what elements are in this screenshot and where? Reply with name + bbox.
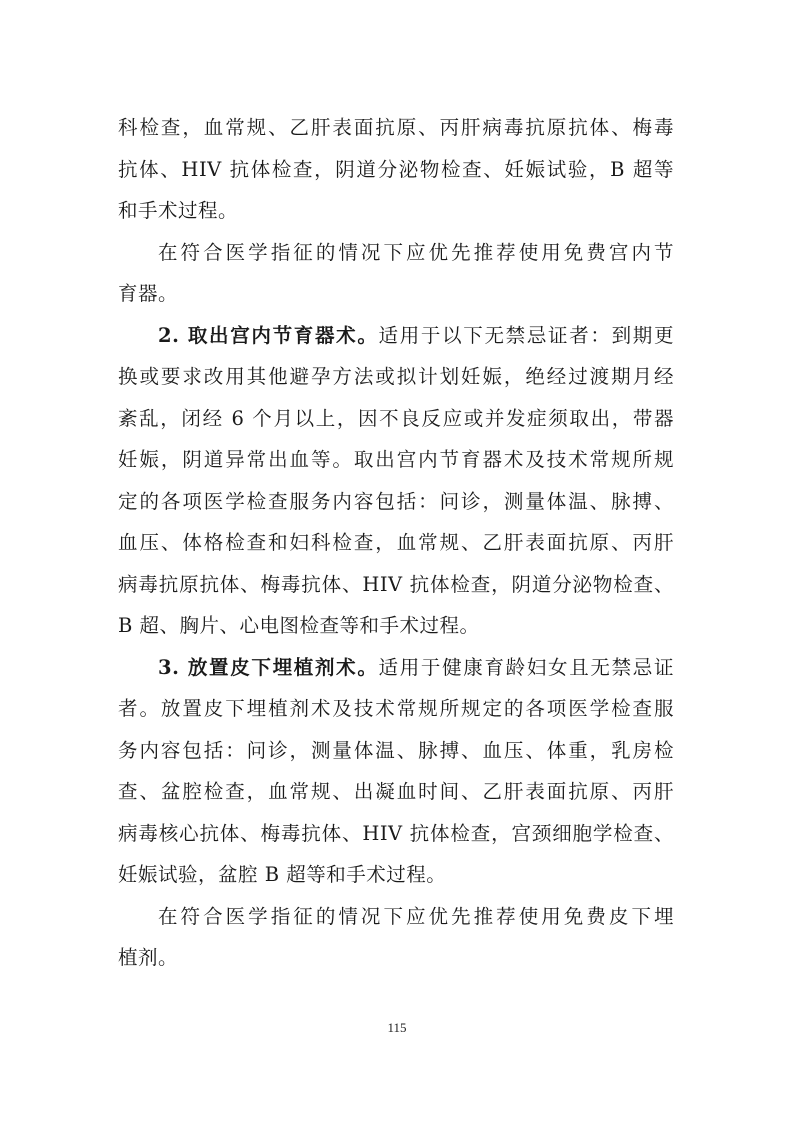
text-line: 妊娠，阴道异常出血等。取出宫内节育器术及技术常规所规 <box>118 445 674 475</box>
section-heading: 2. 取出宫内节育器术。 <box>158 324 379 347</box>
text-line: 在符合医学指征的情况下应优先推荐使用免费宫内节 <box>158 238 674 268</box>
text-line: 抗体、HIV 抗体检查，阴道分泌物检查、妊娠试验，B 超等 <box>118 155 674 185</box>
text-line: 和手术过程。 <box>118 196 674 226</box>
text-line: 妊娠试验，盆腔 B 超等和手术过程。 <box>118 860 674 890</box>
text-line: 定的各项医学检查服务内容包括：问诊，测量体温、脉搏、 <box>118 487 674 517</box>
text-span: 适用于以下无禁忌证者：到期更 <box>379 324 674 347</box>
text-line: 者。放置皮下埋植剂术及技术常规所规定的各项医学检查服 <box>118 694 674 724</box>
text-line: 病毒核心抗体、梅毒抗体、HIV 抗体检查，宫颈细胞学检查、 <box>118 819 674 849</box>
text-line: 务内容包括：问诊，测量体温、脉搏、血压、体重，乳房检 <box>118 736 674 766</box>
text-line: B 超、胸片、心电图检查等和手术过程。 <box>118 611 674 641</box>
section-heading: 3. 放置皮下埋植剂术。 <box>158 656 379 679</box>
text-line: 血压、体格检查和妇科检查，血常规、乙肝表面抗原、丙肝 <box>118 528 674 558</box>
page-number: 115 <box>0 1020 794 1036</box>
text-span: 适用于健康育龄妇女且无禁忌证 <box>379 656 674 679</box>
text-line: 换或要求改用其他避孕方法或拟计划妊娠，绝经过渡期月经 <box>118 362 674 392</box>
text-line: 病毒抗原抗体、梅毒抗体、HIV 抗体检查，阴道分泌物检查、 <box>118 570 674 600</box>
text-line: 在符合医学指征的情况下应优先推荐使用免费皮下埋 <box>158 902 674 932</box>
section-heading-line: 3. 放置皮下埋植剂术。适用于健康育龄妇女且无禁忌证 <box>158 653 674 683</box>
text-line: 植剂。 <box>118 943 674 973</box>
text-line: 紊乱，闭经 6 个月以上，因不良反应或并发症须取出，带器 <box>118 404 674 434</box>
text-line: 育器。 <box>118 279 674 309</box>
document-page: 科检查，血常规、乙肝表面抗原、丙肝病毒抗原抗体、梅毒 抗体、HIV 抗体检查，阴… <box>0 0 794 1122</box>
section-heading-line: 2. 取出宫内节育器术。适用于以下无禁忌证者：到期更 <box>158 321 674 351</box>
text-line: 查、盆腔检查，血常规、出凝血时间、乙肝表面抗原、丙肝 <box>118 777 674 807</box>
text-line: 科检查，血常规、乙肝表面抗原、丙肝病毒抗原抗体、梅毒 <box>118 113 674 143</box>
